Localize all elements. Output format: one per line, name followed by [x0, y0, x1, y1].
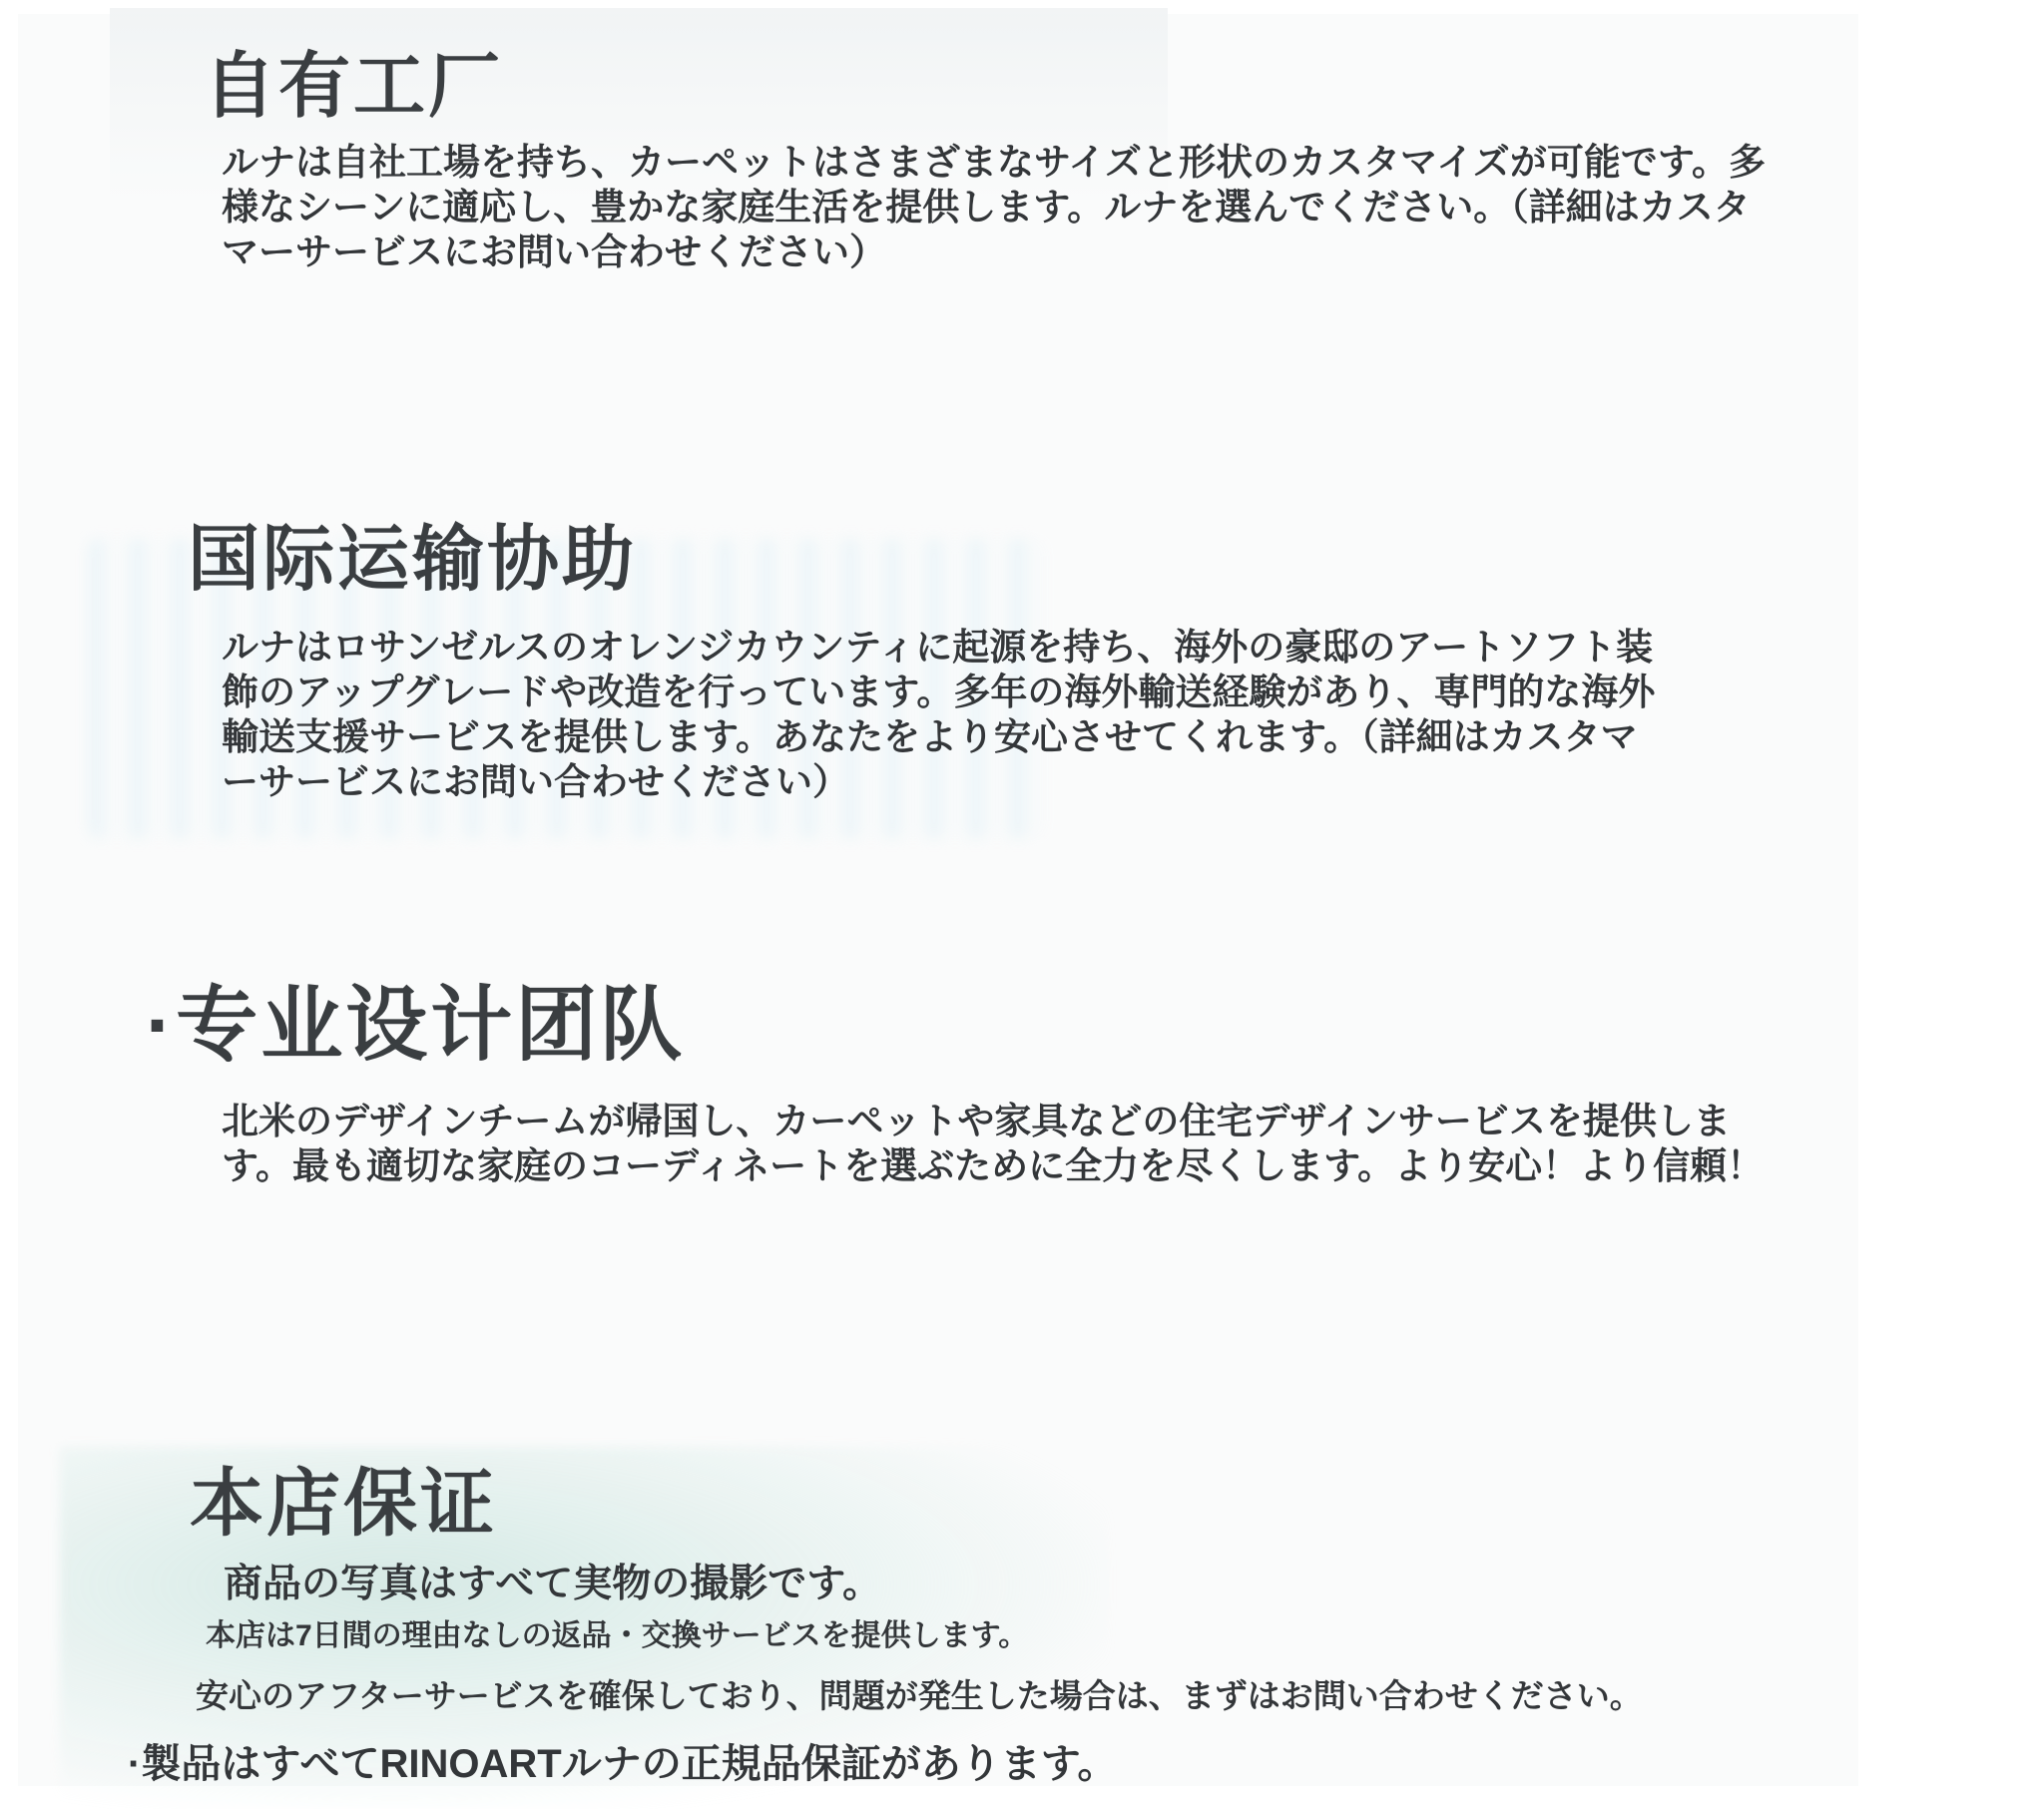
body-own-factory: ルナは自社工場を持ち、カーペットはさまざまなサイズと形状のカスタマイズが可能です… [222, 140, 1766, 274]
body-international-shipping: ルナはロサンゼルスのオレンジカウンティに起源を持ち、海外の豪邸のアートソフト装 … [222, 625, 1655, 804]
body-line: 飾のアップグレードや改造を行っています。多年の海外輸送経験があり、専門的な海外 [222, 670, 1655, 714]
body-line: ルナはロサンゼルスのオレンジカウンティに起源を持ち、海外の豪邸のアートソフト装 [222, 625, 1655, 670]
body-line: 輸送支援サービスを提供します。あなたをより安心させてくれます。（詳細はカスタマ [222, 714, 1655, 759]
body-line: 様なシーンに適応し、豊かな家庭生活を提供します。ルナを選んでください。（詳細はカ… [222, 185, 1766, 229]
body-line: 北米のデザインチームが帰国し、カーペットや家具などの住宅デザインサービスを提供し… [222, 1099, 1764, 1143]
heading-own-factory: 自有工厂 [204, 28, 503, 132]
heading-design-team: ·专业设计团队 [146, 960, 685, 1077]
body-line: ルナは自社工場を持ち、カーペットはさまざまなサイズと形状のカスタマイズが可能です… [222, 140, 1766, 185]
body-line: ーサービスにお問い合わせください） [222, 759, 1655, 804]
guarantee-authenticity-line: ·製品はすべてRINOARTルナの正規品保証があります。 [128, 1732, 1118, 1789]
guarantee-return-line: 本店は7日間の理由なしの返品・交換サービスを提供します。 [206, 1610, 1028, 1654]
body-line: マーサービスにお問い合わせください） [222, 229, 1766, 274]
guarantee-aftersale-line: 安心のアフターサービスを確保しており、問題が発生した場合は、まずはお問い合わせく… [196, 1670, 1643, 1717]
heading-store-guarantee: 本店保证 [190, 1445, 497, 1551]
heading-international-shipping: 国际运输协助 [188, 501, 637, 605]
product-description-page: 自有工厂 ルナは自社工場を持ち、カーペットはさまざまなサイズと形状のカスタマイズ… [0, 0, 2044, 1809]
guarantee-photo-line: 商品の写真はすべて実物の撮影です。 [224, 1553, 881, 1608]
body-line: す。最も適切な家庭のコーディネートを選ぶために全力を尽くします。より安心！より信… [222, 1143, 1764, 1188]
body-design-team: 北米のデザインチームが帰国し、カーペットや家具などの住宅デザインサービスを提供し… [222, 1099, 1764, 1188]
